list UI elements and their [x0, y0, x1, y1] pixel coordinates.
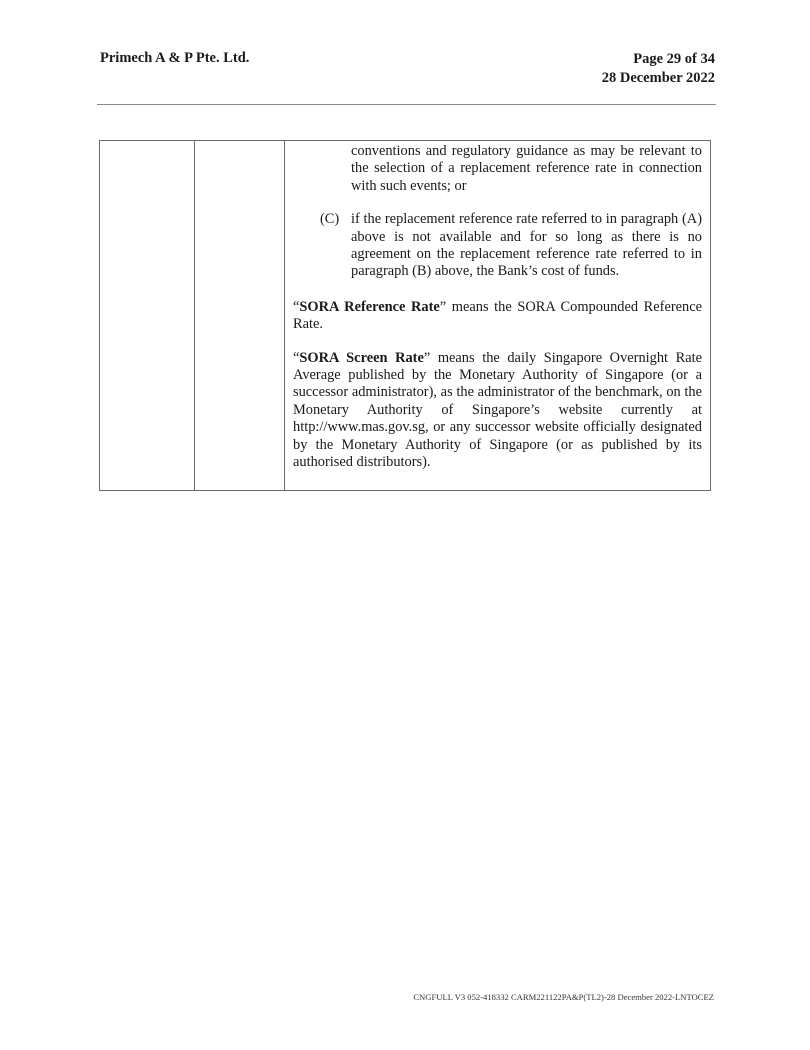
header-divider — [97, 104, 716, 105]
list-item-label: (C) — [320, 211, 351, 281]
page-number: Page 29 of 34 — [602, 50, 715, 69]
footer-reference: CNGFULL V3 052-418332 CARM221122PA&P(TL2… — [413, 992, 714, 1002]
definition-term: SORA Screen Rate — [299, 350, 423, 366]
definition-sora-reference-rate: “SORA Reference Rate” means the SORA Com… — [293, 299, 702, 334]
table-row: conventions and regulatory guidance as m… — [100, 141, 711, 491]
table-cell-heading — [195, 141, 285, 491]
definition-term: SORA Reference Rate — [299, 299, 439, 315]
list-item-c: (C) if the replacement reference rate re… — [320, 211, 702, 281]
table-cell-clause — [100, 141, 195, 491]
definition-text: means the daily Singapore Overnight Rate… — [293, 350, 702, 470]
definitions-table: conventions and regulatory guidance as m… — [99, 140, 711, 491]
document-date: 28 December 2022 — [602, 69, 715, 88]
definition-sora-screen-rate: “SORA Screen Rate” means the daily Singa… — [293, 350, 702, 472]
table-cell-content: conventions and regulatory guidance as m… — [285, 141, 711, 491]
header-company: Primech A & P Pte. Ltd. — [100, 50, 249, 67]
continued-paragraph: conventions and regulatory guidance as m… — [351, 143, 702, 195]
header-page-info: Page 29 of 34 28 December 2022 — [602, 50, 715, 88]
list-item-text: if the replacement reference rate referr… — [351, 211, 702, 281]
